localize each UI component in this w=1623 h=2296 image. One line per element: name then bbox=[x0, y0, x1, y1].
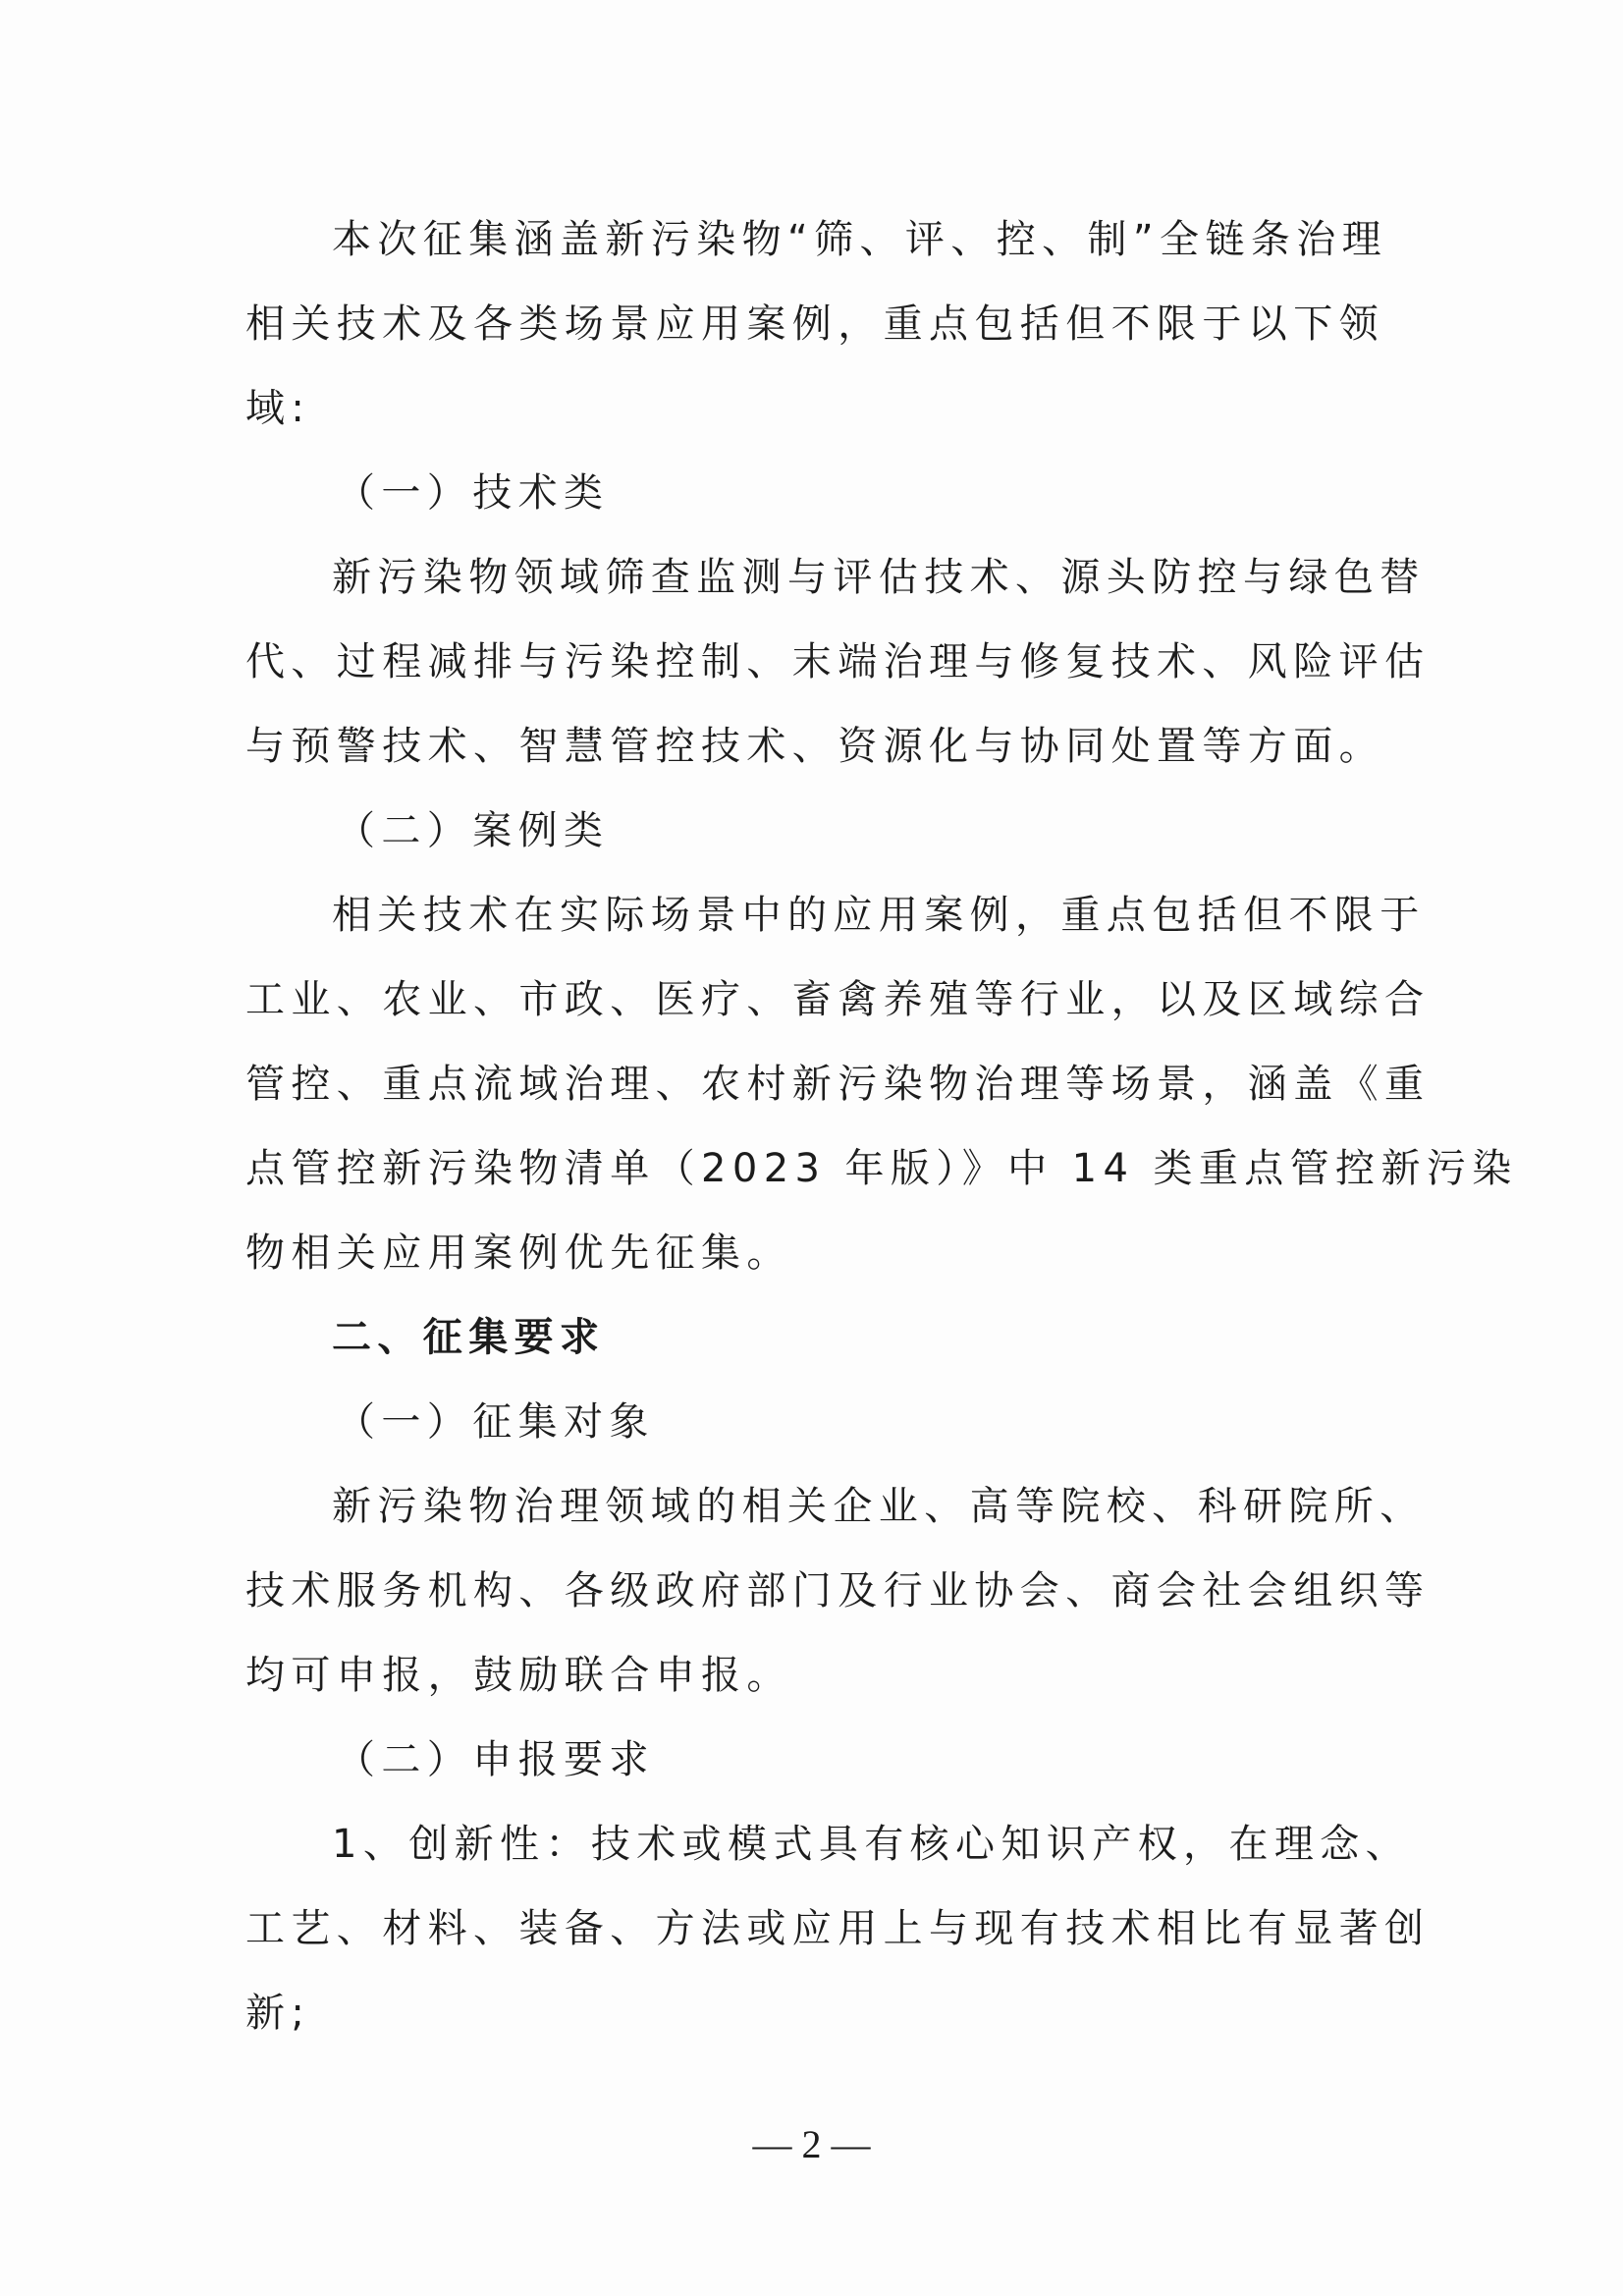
paragraph-cases-line-3: 管控、重点流域治理、农村新污染物治理等场景，涵盖《重 bbox=[245, 1061, 1384, 1108]
paragraph-cases-line-4: 点管控新污染物清单（2023 年版）》中 14 类重点管控新污染 bbox=[245, 1145, 1384, 1192]
paragraph-technology-line-1: 新污染物领域筛查监测与评估技术、源头防控与绿色替 bbox=[332, 554, 1471, 601]
subheading-targets: （一）征集对象 bbox=[336, 1398, 1475, 1446]
paragraph-intro-line-3: 域: bbox=[245, 385, 1384, 432]
paragraph-cases-line-2: 工业、农业、市政、医疗、畜禽养殖等行业，以及区域综合 bbox=[245, 976, 1384, 1023]
paragraph-targets-line-3: 均可申报，鼓励联合申报。 bbox=[245, 1652, 1384, 1699]
paragraph-targets-line-2: 技术服务机构、各级政府部门及行业协会、商会社会组织等 bbox=[245, 1567, 1384, 1614]
paragraph-technology-line-2: 代、过程减排与污染控制、末端治理与修复技术、风险评估 bbox=[245, 638, 1384, 685]
paragraph-intro-line-1: 本次征集涵盖新污染物“筛、评、控、制”全链条治理 bbox=[332, 216, 1471, 263]
document-page: 本次征集涵盖新污染物“筛、评、控、制”全链条治理 相关技术及各类场景应用案例，重… bbox=[0, 0, 1623, 2296]
page-number: — 2 — bbox=[0, 2121, 1623, 2168]
paragraph-cases-line-1: 相关技术在实际场景中的应用案例，重点包括但不限于 bbox=[332, 892, 1471, 939]
subheading-cases: （二）案例类 bbox=[336, 807, 1475, 854]
paragraph-intro-line-2: 相关技术及各类场景应用案例，重点包括但不限于以下领 bbox=[245, 301, 1384, 348]
subheading-technology: （一）技术类 bbox=[336, 469, 1475, 517]
paragraph-cases-line-5: 物相关应用案例优先征集。 bbox=[245, 1230, 1384, 1277]
paragraph-innovation-line-2: 工艺、材料、装备、方法或应用上与现有技术相比有显著创 bbox=[245, 1905, 1384, 1952]
paragraph-innovation-line-3: 新; bbox=[245, 1990, 1384, 2037]
heading-requirements: 二、征集要求 bbox=[332, 1314, 1471, 1361]
subheading-application-requirements: （二）申报要求 bbox=[336, 1736, 1475, 1783]
paragraph-innovation-line-1: 1、创新性：技术或模式具有核心知识产权，在理念、 bbox=[332, 1821, 1471, 1868]
paragraph-targets-line-1: 新污染物治理领域的相关企业、高等院校、科研院所、 bbox=[332, 1483, 1471, 1530]
paragraph-technology-line-3: 与预警技术、智慧管控技术、资源化与协同处置等方面。 bbox=[245, 723, 1384, 770]
